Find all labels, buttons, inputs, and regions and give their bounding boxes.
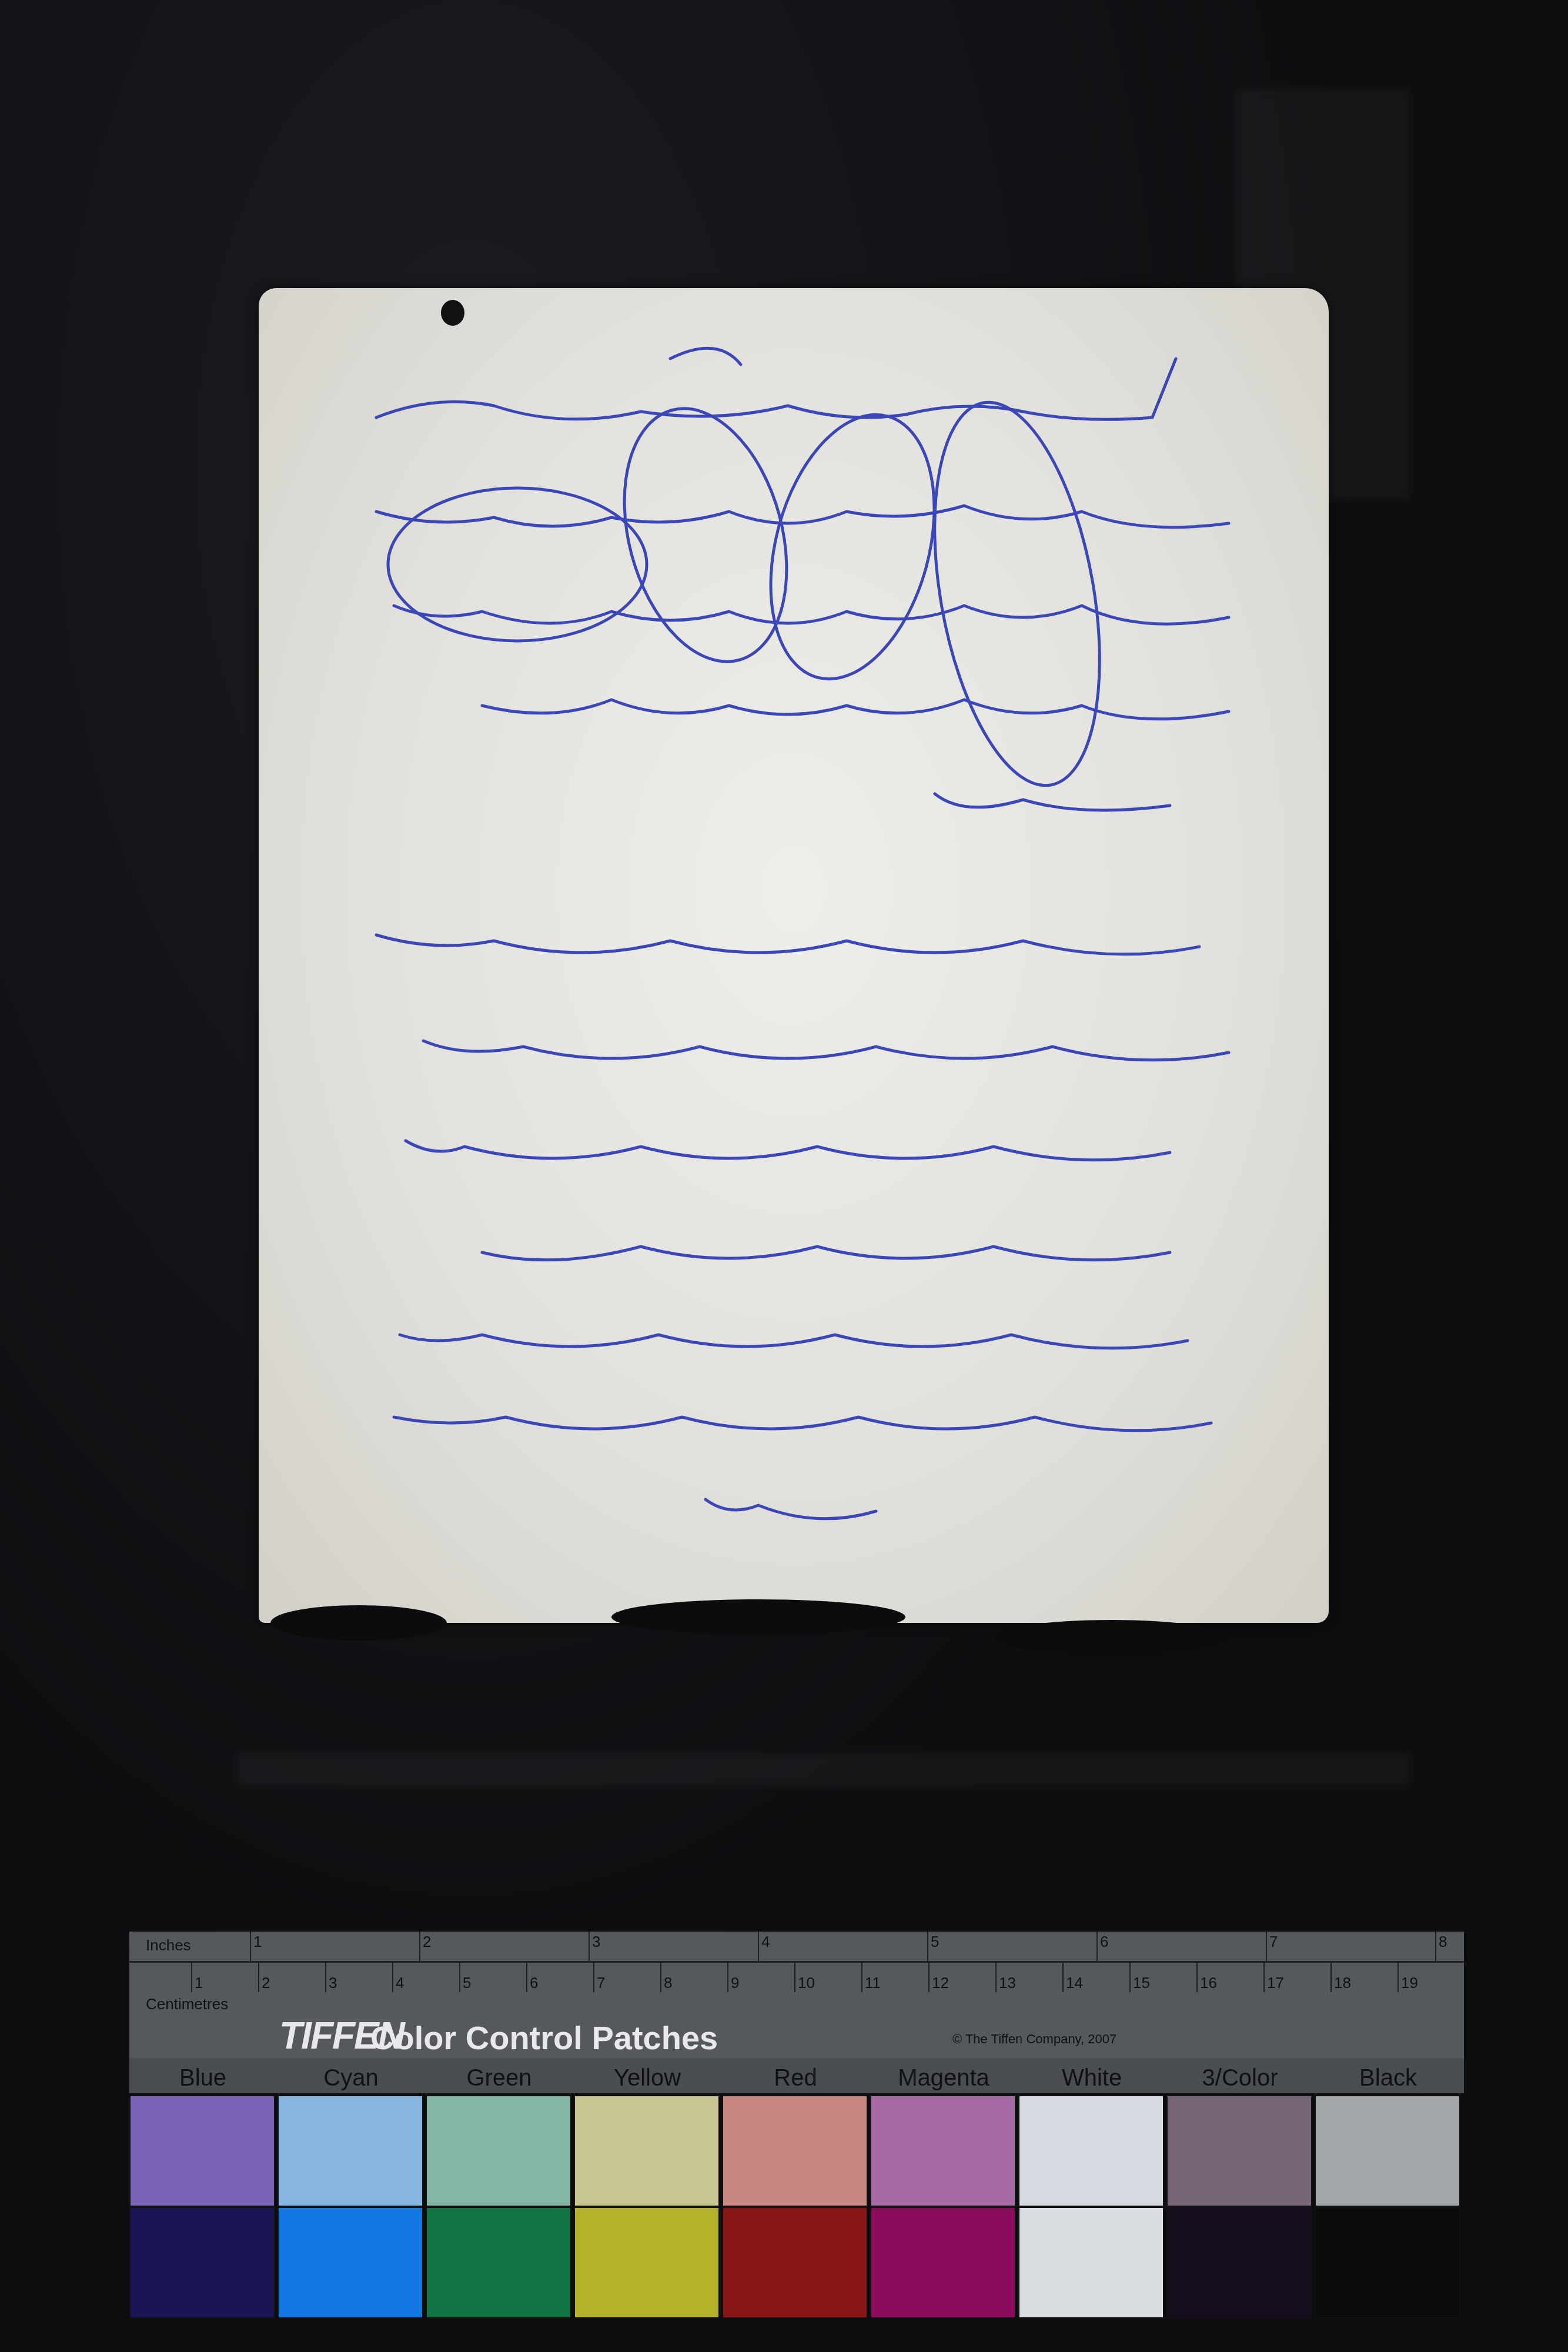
patch-dark-magenta — [870, 2207, 1016, 2318]
cm-number: 17 — [1267, 1974, 1284, 1992]
patch-light-blue — [129, 2095, 275, 2207]
patch-dark-red — [722, 2207, 868, 2318]
cm-number: 4 — [396, 1974, 404, 1992]
patch-light-magenta — [870, 2095, 1016, 2207]
patch-label: White — [1018, 2065, 1165, 2092]
cm-tick — [526, 1963, 527, 1992]
cm-tick — [794, 1963, 795, 1992]
cm-number: 12 — [932, 1974, 949, 1992]
patch-label: Green — [426, 2065, 573, 2092]
inch-tick — [758, 1932, 759, 1961]
inch-tick — [419, 1932, 420, 1961]
cm-number: 10 — [798, 1974, 815, 1992]
cm-number: 9 — [731, 1974, 739, 1992]
inches-label: Inches — [146, 1936, 191, 1955]
patch-light-white — [1018, 2095, 1164, 2207]
cm-tick — [660, 1963, 661, 1992]
patch-label: Red — [722, 2065, 869, 2092]
patch-label: Cyan — [278, 2065, 424, 2092]
inch-tick — [589, 1932, 590, 1961]
patch-label: 3/Color — [1166, 2065, 1313, 2092]
cm-number: 19 — [1401, 1974, 1418, 1992]
inch-number: 7 — [1269, 1933, 1278, 1951]
inch-number: 4 — [761, 1933, 770, 1951]
inch-tick — [1096, 1932, 1098, 1961]
torn-edge — [994, 1620, 1229, 1655]
patch-names-row: BlueCyanGreenYellowRedMagentaWhite3/Colo… — [129, 2058, 1464, 2093]
cm-tick — [459, 1963, 460, 1992]
cm-number: 5 — [463, 1974, 471, 1992]
cm-tick — [392, 1963, 393, 1992]
cm-number: 7 — [597, 1974, 605, 1992]
cm-tick — [928, 1963, 930, 1992]
patch-light-3-color — [1166, 2095, 1312, 2207]
cm-tick — [995, 1963, 997, 1992]
inch-number: 1 — [253, 1933, 262, 1951]
patch-dark-cyan — [278, 2207, 423, 2318]
cm-number: 16 — [1200, 1974, 1217, 1992]
chart-title: Color Control Patches — [370, 2019, 718, 2057]
patch-label: Magenta — [870, 2065, 1017, 2092]
patch-dark-3-color — [1166, 2207, 1312, 2318]
patch-dark-green — [426, 2207, 571, 2318]
patch-light-cyan — [278, 2095, 423, 2207]
cm-tick — [1196, 1963, 1198, 1992]
patch-label: Yellow — [574, 2065, 721, 2092]
cm-number: 8 — [664, 1974, 672, 1992]
cm-number: 1 — [195, 1974, 203, 1992]
cloth-fold — [235, 1752, 1411, 1788]
cm-tick — [191, 1963, 192, 1992]
manuscript-page — [259, 288, 1329, 1623]
cm-tick — [1330, 1963, 1332, 1992]
inches-scale: Inches — [129, 1932, 1464, 1963]
inch-number: 8 — [1439, 1933, 1447, 1951]
cm-tick — [1062, 1963, 1064, 1992]
patch-dark-black — [1315, 2207, 1460, 2318]
inch-number: 5 — [931, 1933, 939, 1951]
cm-tick — [325, 1963, 326, 1992]
patch-dark-blue — [129, 2207, 275, 2318]
color-control-chart: Inches Centimetres 123456781234567891011… — [129, 1932, 1464, 2343]
patch-dark-white — [1018, 2207, 1164, 2318]
cm-number: 11 — [865, 1974, 881, 1992]
cm-number: 13 — [999, 1974, 1016, 1992]
inch-tick — [927, 1932, 928, 1961]
cm-tick — [861, 1963, 862, 1992]
cm-tick — [1129, 1963, 1131, 1992]
cm-tick — [1263, 1963, 1265, 1992]
patch-label: Blue — [129, 2065, 276, 2092]
inch-number: 2 — [423, 1933, 431, 1951]
cm-number: 2 — [262, 1974, 270, 1992]
inch-tick — [1266, 1932, 1267, 1961]
cm-number: 14 — [1066, 1974, 1083, 1992]
cm-number: 15 — [1133, 1974, 1150, 1992]
patch-light-red — [722, 2095, 868, 2207]
inch-number: 3 — [592, 1933, 600, 1951]
centimetres-label: Centimetres — [146, 1995, 228, 2013]
cm-tick — [727, 1963, 728, 1992]
cm-tick — [1398, 1963, 1399, 1992]
patch-dark-yellow — [574, 2207, 720, 2318]
cm-number: 3 — [329, 1974, 337, 1992]
patch-light-black — [1315, 2095, 1460, 2207]
patch-light-yellow — [574, 2095, 720, 2207]
copyright-text: © The Tiffen Company, 2007 — [952, 2032, 1116, 2047]
patch-light-green — [426, 2095, 571, 2207]
cm-tick — [593, 1963, 594, 1992]
patch-label: Black — [1315, 2065, 1462, 2092]
cm-tick — [258, 1963, 259, 1992]
cm-number: 6 — [530, 1974, 538, 1992]
inch-tick — [1435, 1932, 1436, 1961]
handwritten-text — [259, 288, 1329, 1623]
inch-number: 6 — [1100, 1933, 1108, 1951]
cm-number: 18 — [1334, 1974, 1351, 1992]
inch-tick — [250, 1932, 251, 1961]
